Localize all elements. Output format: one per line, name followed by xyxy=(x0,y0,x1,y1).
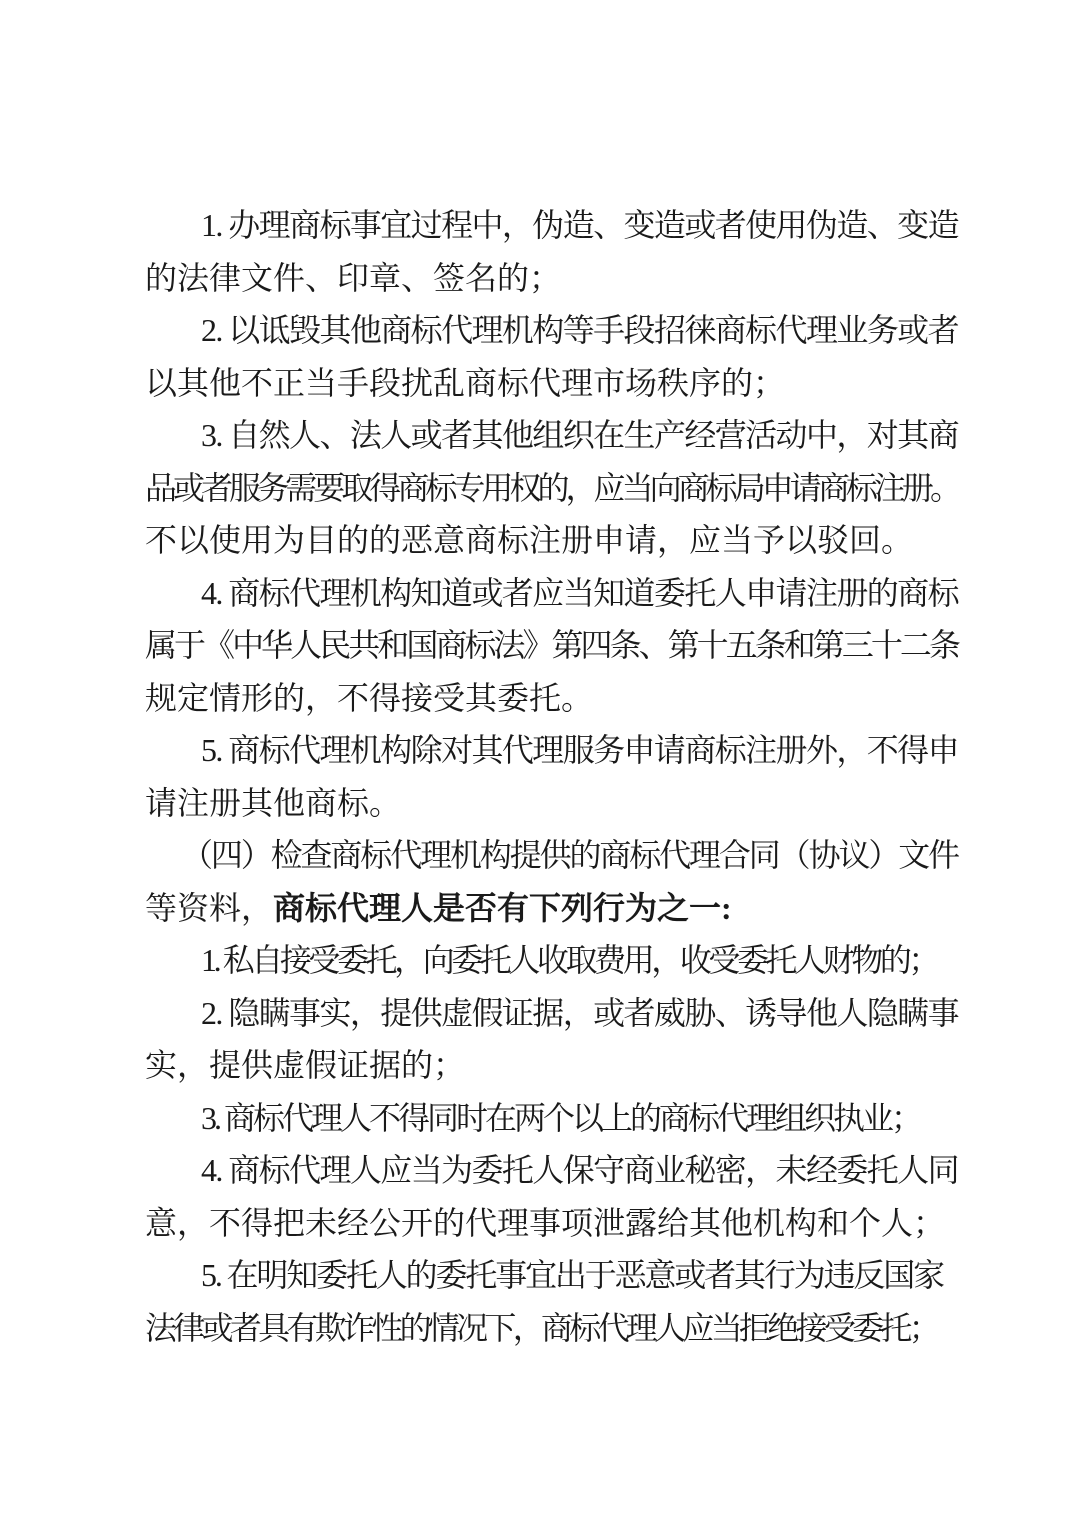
doc-line-text: 意，不得把未经公开的代理事项泄露给其他机构和个人； xyxy=(145,1205,945,1241)
doc-line-text: 2. 以诋毁其他商标代理机构等手段招徕商标代理业务或者 xyxy=(201,312,958,348)
doc-line: 属于《中华人民共和国商标法》第四条、第十五条和第三十二条 xyxy=(145,619,958,672)
doc-line: 2. 隐瞒事实，提供虚假证据，或者威胁、诱导他人隐瞒事 xyxy=(145,987,958,1040)
doc-line-text: 5. 在明知委托人的委托事宜出于恶意或者其行为违反国家 xyxy=(201,1257,943,1293)
doc-line: 以其他不正当手段扰乱商标代理市场秩序的； xyxy=(145,357,958,410)
doc-line: 法律或者具有欺诈性的情况下，商标代理人应当拒绝接受委托； xyxy=(145,1302,958,1355)
doc-line: 3. 自然人、法人或者其他组织在生产经营活动中，对其商 xyxy=(145,409,958,462)
doc-line: 意，不得把未经公开的代理事项泄露给其他机构和个人； xyxy=(145,1197,958,1250)
doc-line: 4. 商标代理人应当为委托人保守商业秘密，未经委托人同 xyxy=(145,1144,958,1197)
document-text-block: 1. 办理商标事宜过程中，伪造、变造或者使用伪造、变造 的法律文件、印章、签名的… xyxy=(145,199,958,1354)
doc-line-text: 规定情形的，不得接受其委托。 xyxy=(145,680,593,716)
doc-line: 实，提供虚假证据的； xyxy=(145,1039,958,1092)
doc-line-text: 3. 商标代理人不得同时在两个以上的商标代理组织执业； xyxy=(201,1100,920,1136)
doc-line-emphasis-text: 商标代理人是否有下列行为之一: xyxy=(273,890,732,926)
doc-line-text: 的法律文件、印章、签名的； xyxy=(145,260,561,296)
doc-line: 5. 在明知委托人的委托事宜出于恶意或者其行为违反国家 xyxy=(145,1249,958,1302)
doc-line-text: 不以使用为目的的恶意商标注册申请，应当予以驳回。 xyxy=(145,522,913,558)
doc-line-text: 请注册其他商标。 xyxy=(145,785,401,821)
doc-line-text: 属于《中华人民共和国商标法》第四条、第十五条和第三十二条 xyxy=(145,627,958,663)
doc-line: 等资料，商标代理人是否有下列行为之一: xyxy=(145,882,958,935)
doc-line: 1. 私自接受委托，向委托人收取费用，收受委托人财物的； xyxy=(145,934,958,987)
doc-line-text: 以其他不正当手段扰乱商标代理市场秩序的； xyxy=(145,365,785,401)
doc-line-text: 品或者服务需要取得商标专用权的，应当向商标局申请商标注册。 xyxy=(145,470,958,506)
doc-line: 5. 商标代理机构除对其代理服务申请商标注册外，不得申 xyxy=(145,724,958,777)
doc-line-text: 3. 自然人、法人或者其他组织在生产经营活动中，对其商 xyxy=(201,417,958,453)
doc-line: 规定情形的，不得接受其委托。 xyxy=(145,672,958,725)
doc-line: 的法律文件、印章、签名的； xyxy=(145,252,958,305)
doc-line-text: 法律或者具有欺诈性的情况下，商标代理人应当拒绝接受委托； xyxy=(145,1310,937,1346)
doc-line-text: 5. 商标代理机构除对其代理服务申请商标注册外，不得申 xyxy=(201,732,958,768)
doc-line-text: 实，提供虚假证据的； xyxy=(145,1047,465,1083)
document-page: { "page": { "background": "#ffffff", "te… xyxy=(0,0,1080,1527)
doc-line-text: 2. 隐瞒事实，提供虚假证据，或者威胁、诱导他人隐瞒事 xyxy=(201,995,958,1031)
doc-line: 3. 商标代理人不得同时在两个以上的商标代理组织执业； xyxy=(145,1092,958,1145)
doc-line: 1. 办理商标事宜过程中，伪造、变造或者使用伪造、变造 xyxy=(145,199,958,252)
doc-line-text: 4. 商标代理人应当为委托人保守商业秘密，未经委托人同 xyxy=(201,1152,958,1188)
doc-line-text: 1. 私自接受委托，向委托人收取费用，收受委托人财物的； xyxy=(201,942,937,978)
doc-line: 品或者服务需要取得商标专用权的，应当向商标局申请商标注册。 xyxy=(145,462,958,515)
doc-line-text: 等资料， xyxy=(145,890,273,926)
doc-line-text: 1. 办理商标事宜过程中，伪造、变造或者使用伪造、变造 xyxy=(201,207,958,243)
doc-line: 2. 以诋毁其他商标代理机构等手段招徕商标代理业务或者 xyxy=(145,304,958,357)
doc-line-text: （四）检查商标代理机构提供的商标代理合同（协议）文件 xyxy=(181,837,958,873)
doc-line: 4. 商标代理机构知道或者应当知道委托人申请注册的商标 xyxy=(145,567,958,620)
doc-line: 请注册其他商标。 xyxy=(145,777,958,830)
doc-line-text: 4. 商标代理机构知道或者应当知道委托人申请注册的商标 xyxy=(201,575,958,611)
doc-line: 不以使用为目的的恶意商标注册申请，应当予以驳回。 xyxy=(145,514,958,567)
doc-line: （四）检查商标代理机构提供的商标代理合同（协议）文件 xyxy=(145,829,958,882)
